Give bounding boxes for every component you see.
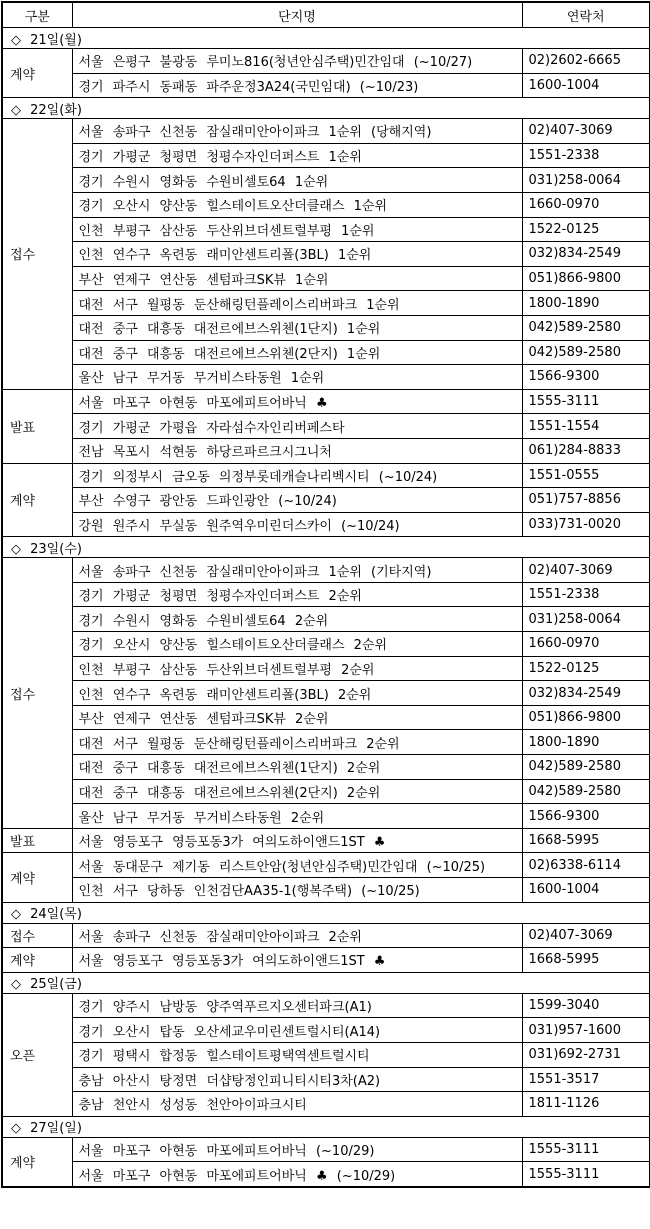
contact-cell: 1555-3111 — [522, 389, 650, 414]
contact-cell: 02)407-3069 — [522, 923, 650, 948]
contact-cell: 1566-9300 — [522, 365, 650, 390]
complex-name-cell: 서울 송파구 신천동 잠실래미안아이파크 1순위 (당해지역) — [72, 119, 522, 144]
complex-name-cell: 경기 가평군 청평면 청평수자인더퍼스트 2순위 — [72, 582, 522, 607]
complex-name-cell: 경기 가평군 가평읍 자라섬수자인리버페스타 — [72, 414, 522, 439]
table-row: 계약 서울 동대문구 제기동 리스트안암(청년안심주택)민간임대 (~10/25… — [2, 853, 650, 878]
table-row: 강원 원주시 무실동 원주역우미린더스카이 (~10/24) 033)731-0… — [2, 512, 650, 537]
category-cell: 발표 — [2, 389, 72, 463]
category-cell: 오픈 — [2, 993, 72, 1116]
contact-cell: 1566-9300 — [522, 804, 650, 829]
table-row: 계약 서울 영등포구 영등포동3가 여의도하이앤드1ST ♣ 1668-5995 — [2, 948, 650, 973]
category-cell: 접수 — [2, 558, 72, 829]
contact-cell: 1600-1004 — [522, 878, 650, 903]
category-cell: 접수 — [2, 119, 72, 390]
table-row: 경기 파주시 동패동 파주운정3A24(국민임대) (~10/23) 1600-… — [2, 73, 650, 98]
complex-name-cell: 경기 수원시 영화동 수원비셀토64 1순위 — [72, 168, 522, 193]
contact-cell: 031)258-0064 — [522, 607, 650, 632]
complex-name-cell: 부산 수영구 광안동 드파인광안 (~10/24) — [72, 488, 522, 513]
page: 구분 단지명 연락처 ◇ 21일(월) 계약 서울 은평구 불광동 루미노816… — [0, 1, 650, 1188]
table-row: 인천 부평구 삼산동 두산위브더센트럴부평 2순위 1522-0125 — [2, 656, 650, 681]
complex-name-cell: 서울 영등포구 영등포동3가 여의도하이앤드1ST ♣ — [72, 948, 522, 973]
table-row: 부산 연제구 연산동 센텀파크SK뷰 2순위 051)866-9800 — [2, 705, 650, 730]
complex-name-cell: 경기 평택시 합정동 힐스테이트평택역센트럴시티 — [72, 1042, 522, 1067]
complex-name-cell: 경기 의정부시 금오동 의정부롯데캐슬나리벡시티 (~10/24) — [72, 463, 522, 488]
table-row: 대전 서구 월평동 둔산해링턴플레이스리버파크 2순위 1800-1890 — [2, 730, 650, 755]
complex-name-cell: 대전 중구 대흥동 대전르에브스위첸(1단지) 2순위 — [72, 755, 522, 780]
complex-name-cell: 대전 중구 대흥동 대전르에브스위첸(2단지) 1순위 — [72, 340, 522, 365]
complex-name-cell: 대전 서구 월평동 둔산해링턴플레이스리버파크 2순위 — [72, 730, 522, 755]
table-row: 울산 남구 무거동 무거비스타동원 1순위 1566-9300 — [2, 365, 650, 390]
table-row: 서울 마포구 아현동 마포에피트어바닉 ♣ (~10/29) 1555-3111 — [2, 1162, 650, 1187]
complex-name-cell: 경기 수원시 영화동 수원비셀토64 2순위 — [72, 607, 522, 632]
complex-name-cell: 서울 영등포구 영등포동3가 여의도하이앤드1ST ♣ — [72, 828, 522, 853]
table-row: 경기 오산시 탑동 오산세교우미린센트럴시티(A14) 031)957-1600 — [2, 1018, 650, 1043]
complex-name-cell: 대전 중구 대흥동 대전르에브스위첸(2단지) 2순위 — [72, 779, 522, 804]
table-row: 울산 남구 무거동 무거비스타동원 2순위 1566-9300 — [2, 804, 650, 829]
complex-name-cell: 경기 가평군 청평면 청평수자인더퍼스트 1순위 — [72, 143, 522, 168]
table-row: 경기 가평군 가평읍 자라섬수자인리버페스타 1551-1554 — [2, 414, 650, 439]
complex-name-cell: 경기 오산시 탑동 오산세교우미린센트럴시티(A14) — [72, 1018, 522, 1043]
category-cell: 계약 — [2, 853, 72, 902]
table-row: 계약 경기 의정부시 금오동 의정부롯데캐슬나리벡시티 (~10/24) 155… — [2, 463, 650, 488]
contact-cell: 031)258-0064 — [522, 168, 650, 193]
complex-name-cell: 경기 오산시 양산동 힐스테이트오산더클래스 1순위 — [72, 192, 522, 217]
table-row: 대전 중구 대흥동 대전르에브스위첸(1단지) 2순위 042)589-2580 — [2, 755, 650, 780]
complex-name-cell: 서울 동대문구 제기동 리스트안암(청년안심주택)민간임대 (~10/25) — [72, 853, 522, 878]
date-section-label: ◇ 22일(화) — [2, 98, 650, 119]
contact-cell: 031)957-1600 — [522, 1018, 650, 1043]
complex-name-cell: 인천 서구 당하동 인천검단AA35-1(행복주택) (~10/25) — [72, 878, 522, 903]
contact-cell: 051)866-9800 — [522, 705, 650, 730]
contact-cell: 042)589-2580 — [522, 340, 650, 365]
table-row: 대전 서구 월평동 둔산해링턴플레이스리버파크 1순위 1800-1890 — [2, 291, 650, 316]
table-row: 인천 서구 당하동 인천검단AA35-1(행복주택) (~10/25) 1600… — [2, 878, 650, 903]
complex-name-cell: 인천 연수구 옥련동 래미안센트리폴(3BL) 1순위 — [72, 242, 522, 267]
complex-name-cell: 인천 연수구 옥련동 래미안센트리폴(3BL) 2순위 — [72, 681, 522, 706]
complex-name-cell: 서울 송파구 신천동 잠실래미안아이파크 1순위 (기타지역) — [72, 558, 522, 583]
complex-name-cell: 서울 마포구 아현동 마포에피트어바닉 ♣ (~10/29) — [72, 1162, 522, 1187]
contact-cell: 02)407-3069 — [522, 558, 650, 583]
date-section-label: ◇ 27일(일) — [2, 1116, 650, 1137]
contact-cell: 02)6338-6114 — [522, 853, 650, 878]
date-section-row: ◇ 21일(월) — [2, 28, 650, 49]
table-row: 발표 서울 영등포구 영등포동3가 여의도하이앤드1ST ♣ 1668-5995 — [2, 828, 650, 853]
complex-name-cell: 서울 은평구 불광동 루미노816(청년안심주택)민간임대 (~10/27) — [72, 49, 522, 74]
contact-cell: 032)834-2549 — [522, 242, 650, 267]
table-row: 대전 중구 대흥동 대전르에브스위첸(2단지) 1순위 042)589-2580 — [2, 340, 650, 365]
category-cell: 발표 — [2, 828, 72, 853]
contact-cell: 042)589-2580 — [522, 779, 650, 804]
contact-cell: 1668-5995 — [522, 828, 650, 853]
column-header-contact: 연락처 — [522, 2, 650, 28]
date-section-row: ◇ 27일(일) — [2, 1116, 650, 1137]
contact-cell: 1551-2338 — [522, 582, 650, 607]
complex-name-cell: 전남 목포시 석현동 하당르파르크시그니처 — [72, 438, 522, 463]
table-row: 대전 중구 대흥동 대전르에브스위첸(2단지) 2순위 042)589-2580 — [2, 779, 650, 804]
complex-name-cell: 경기 오산시 양산동 힐스테이트오산더클래스 2순위 — [72, 632, 522, 657]
category-cell: 계약 — [2, 1137, 72, 1187]
category-cell: 계약 — [2, 49, 72, 98]
date-section-label: ◇ 25일(금) — [2, 972, 650, 993]
complex-name-cell: 서울 마포구 아현동 마포에피트어바닉 ♣ — [72, 389, 522, 414]
table-row: 부산 수영구 광안동 드파인광안 (~10/24) 051)757-8856 — [2, 488, 650, 513]
date-section-label: ◇ 23일(수) — [2, 537, 650, 558]
table-row: 경기 가평군 청평면 청평수자인더퍼스트 1순위 1551-2338 — [2, 143, 650, 168]
table-row: 대전 중구 대흥동 대전르에브스위첸(1단지) 1순위 042)589-2580 — [2, 315, 650, 340]
category-cell: 계약 — [2, 948, 72, 973]
contact-cell: 1800-1890 — [522, 730, 650, 755]
table-row: 오픈 경기 양주시 남방동 양주역푸르지오센터파크(A1) 1599-3040 — [2, 993, 650, 1018]
contact-cell: 051)866-9800 — [522, 266, 650, 291]
contact-cell: 032)834-2549 — [522, 681, 650, 706]
complex-name-cell: 대전 서구 월평동 둔산해링턴플레이스리버파크 1순위 — [72, 291, 522, 316]
contact-cell: 1600-1004 — [522, 73, 650, 98]
category-cell: 계약 — [2, 463, 72, 537]
table-row: 인천 연수구 옥련동 래미안센트리폴(3BL) 1순위 032)834-2549 — [2, 242, 650, 267]
complex-name-cell: 경기 양주시 남방동 양주역푸르지오센터파크(A1) — [72, 993, 522, 1018]
table-row: 전남 목포시 석현동 하당르파르크시그니처 061)284-8833 — [2, 438, 650, 463]
column-header-complex: 단지명 — [72, 2, 522, 28]
contact-cell: 051)757-8856 — [522, 488, 650, 513]
column-header-category: 구분 — [2, 2, 72, 28]
contact-cell: 1800-1890 — [522, 291, 650, 316]
table-row: 경기 수원시 영화동 수원비셀토64 1순위 031)258-0064 — [2, 168, 650, 193]
date-section-row: ◇ 22일(화) — [2, 98, 650, 119]
complex-name-cell: 부산 연제구 연산동 센텀파크SK뷰 2순위 — [72, 705, 522, 730]
category-cell: 접수 — [2, 923, 72, 948]
table-row: 경기 가평군 청평면 청평수자인더퍼스트 2순위 1551-2338 — [2, 582, 650, 607]
table-row: 계약 서울 은평구 불광동 루미노816(청년안심주택)민간임대 (~10/27… — [2, 49, 650, 74]
complex-name-cell: 서울 송파구 신천동 잠실래미안아이파크 2순위 — [72, 923, 522, 948]
schedule-table: 구분 단지명 연락처 ◇ 21일(월) 계약 서울 은평구 불광동 루미노816… — [1, 1, 650, 1188]
contact-cell: 1555-3111 — [522, 1137, 650, 1162]
contact-cell: 1668-5995 — [522, 948, 650, 973]
date-section-label: ◇ 21일(월) — [2, 28, 650, 49]
table-row: 인천 부평구 삼산동 두산위브더센트럴부평 1순위 1522-0125 — [2, 217, 650, 242]
complex-name-cell: 경기 파주시 동패동 파주운정3A24(국민임대) (~10/23) — [72, 73, 522, 98]
table-row: 부산 연제구 연산동 센텀파크SK뷰 1순위 051)866-9800 — [2, 266, 650, 291]
contact-cell: 1599-3040 — [522, 993, 650, 1018]
contact-cell: 1551-3517 — [522, 1067, 650, 1092]
contact-cell: 02)407-3069 — [522, 119, 650, 144]
date-section-label: ◇ 24일(목) — [2, 902, 650, 923]
contact-cell: 1551-1554 — [522, 414, 650, 439]
table-row: 인천 연수구 옥련동 래미안센트리폴(3BL) 2순위 032)834-2549 — [2, 681, 650, 706]
contact-cell: 1811-1126 — [522, 1092, 650, 1117]
contact-cell: 042)589-2580 — [522, 315, 650, 340]
complex-name-cell: 울산 남구 무거동 무거비스타동원 2순위 — [72, 804, 522, 829]
contact-cell: 031)692-2731 — [522, 1042, 650, 1067]
table-row: 발표 서울 마포구 아현동 마포에피트어바닉 ♣ 1555-3111 — [2, 389, 650, 414]
contact-cell: 1551-2338 — [522, 143, 650, 168]
table-row: 접수 서울 송파구 신천동 잠실래미안아이파크 1순위 (기타지역) 02)40… — [2, 558, 650, 583]
complex-name-cell: 충남 아산시 탕정면 더샵탕정인피니티시티3차(A2) — [72, 1067, 522, 1092]
complex-name-cell: 충남 천안시 성성동 천안아이파크시티 — [72, 1092, 522, 1117]
contact-cell: 02)2602-6665 — [522, 49, 650, 74]
date-section-row: ◇ 25일(금) — [2, 972, 650, 993]
contact-cell: 1522-0125 — [522, 217, 650, 242]
contact-cell: 1555-3111 — [522, 1162, 650, 1187]
table-row: 충남 천안시 성성동 천안아이파크시티 1811-1126 — [2, 1092, 650, 1117]
contact-cell: 061)284-8833 — [522, 438, 650, 463]
table-row: 경기 오산시 양산동 힐스테이트오산더클래스 1순위 1660-0970 — [2, 192, 650, 217]
complex-name-cell: 서울 마포구 아현동 마포에피트어바닉 (~10/29) — [72, 1137, 522, 1162]
table-row: 계약 서울 마포구 아현동 마포에피트어바닉 (~10/29) 1555-311… — [2, 1137, 650, 1162]
contact-cell: 033)731-0020 — [522, 512, 650, 537]
complex-name-cell: 울산 남구 무거동 무거비스타동원 1순위 — [72, 365, 522, 390]
contact-cell: 1551-0555 — [522, 463, 650, 488]
complex-name-cell: 대전 중구 대흥동 대전르에브스위첸(1단지) 1순위 — [72, 315, 522, 340]
table-row: 접수 서울 송파구 신천동 잠실래미안아이파크 2순위 02)407-3069 — [2, 923, 650, 948]
date-section-row: ◇ 23일(수) — [2, 537, 650, 558]
complex-name-cell: 인천 부평구 삼산동 두산위브더센트럴부평 1순위 — [72, 217, 522, 242]
contact-cell: 1522-0125 — [522, 656, 650, 681]
contact-cell: 1660-0970 — [522, 632, 650, 657]
table-row: 경기 평택시 합정동 힐스테이트평택역센트럴시티 031)692-2731 — [2, 1042, 650, 1067]
date-section-row: ◇ 24일(목) — [2, 902, 650, 923]
table-row: 경기 수원시 영화동 수원비셀토64 2순위 031)258-0064 — [2, 607, 650, 632]
complex-name-cell: 강원 원주시 무실동 원주역우미린더스카이 (~10/24) — [72, 512, 522, 537]
complex-name-cell: 인천 부평구 삼산동 두산위브더센트럴부평 2순위 — [72, 656, 522, 681]
header-row: 구분 단지명 연락처 — [2, 2, 650, 28]
contact-cell: 042)589-2580 — [522, 755, 650, 780]
table-row: 경기 오산시 양산동 힐스테이트오산더클래스 2순위 1660-0970 — [2, 632, 650, 657]
table-row: 충남 아산시 탕정면 더샵탕정인피니티시티3차(A2) 1551-3517 — [2, 1067, 650, 1092]
complex-name-cell: 부산 연제구 연산동 센텀파크SK뷰 1순위 — [72, 266, 522, 291]
contact-cell: 1660-0970 — [522, 192, 650, 217]
table-row: 접수 서울 송파구 신천동 잠실래미안아이파크 1순위 (당해지역) 02)40… — [2, 119, 650, 144]
